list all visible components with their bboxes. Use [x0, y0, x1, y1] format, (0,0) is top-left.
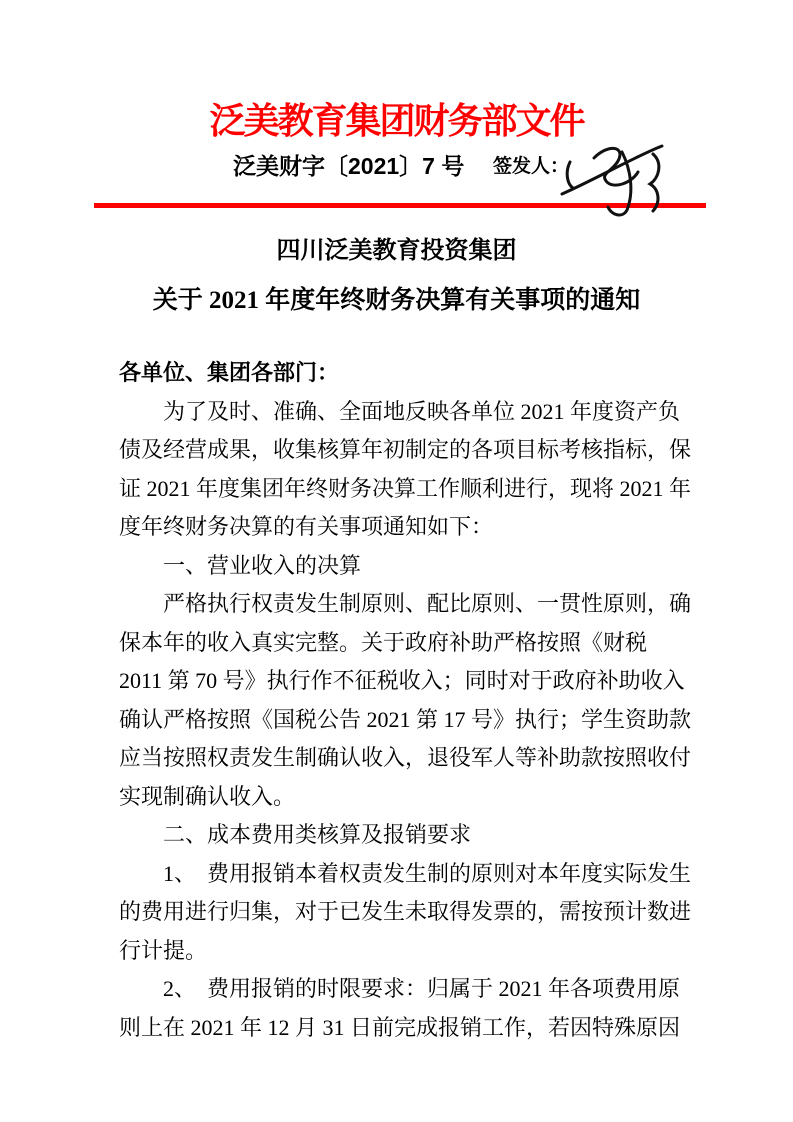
- body-text-line: 债及经营成果，收集核算年初制定的各项目标考核指标，保: [119, 431, 719, 470]
- body-text-line: 2、 费用报销的时限要求：归属于 2021 年各项费用原: [119, 970, 719, 1009]
- body-text-line: 1、 费用报销本着权责发生制的原则对本年度实际发生: [119, 855, 719, 894]
- body-text-line: 为了及时、准确、全面地反映各单位 2021 年度资产负: [119, 393, 719, 432]
- document-number: 泛美财字〔2021〕7 号: [233, 153, 464, 179]
- body-text-line: 严格执行权责发生制原则、配比原则、一贯性原则，确: [119, 585, 719, 624]
- document-page: 泛美教育集团财务部文件 泛美财字〔2021〕7 号 签发人： 四川泛美教育投资集…: [0, 0, 793, 1122]
- document-title-org: 四川泛美教育投资集团: [0, 230, 793, 265]
- body-text-line: 2011 第 70 号》执行作不征税收入；同时对于政府补助收入: [119, 662, 719, 701]
- body-text-line: 应当按照权责发生制确认收入，退役军人等补助款按照收付: [119, 739, 719, 778]
- document-title-subject: 关于 2021 年度年终财务决算有关事项的通知: [0, 280, 793, 316]
- body-text-line: 证 2021 年度集团年终财务决算工作顺利进行，现将 2021 年: [119, 470, 719, 509]
- body-text-line: 行计提。: [119, 932, 719, 971]
- document-body: 各单位、集团各部门：为了及时、准确、全面地反映各单位 2021 年度资产负债及经…: [119, 354, 719, 1047]
- body-text-line: 实现制确认收入。: [119, 778, 719, 817]
- body-salutation-line: 各单位、集团各部门：: [119, 354, 719, 393]
- body-text-line: 度年终财务决算的有关事项通知如下：: [119, 508, 719, 547]
- body-text-line: 保本年的收入真实完整。关于政府补助严格按照《财税: [119, 624, 719, 663]
- body-text-line: 二、成本费用类核算及报销要求: [119, 816, 719, 855]
- signature-icon: [556, 126, 686, 220]
- body-text-line: 的费用进行归集，对于已发生未取得发票的，需按预计数进: [119, 893, 719, 932]
- body-text-line: 一、营业收入的决算: [119, 547, 719, 586]
- body-text-line: 确认严格按照《国税公告 2021 第 17 号》执行；学生资助款: [119, 701, 719, 740]
- body-text-line: 则上在 2021 年 12 月 31 日前完成报销工作，若因特殊原因: [119, 1009, 719, 1048]
